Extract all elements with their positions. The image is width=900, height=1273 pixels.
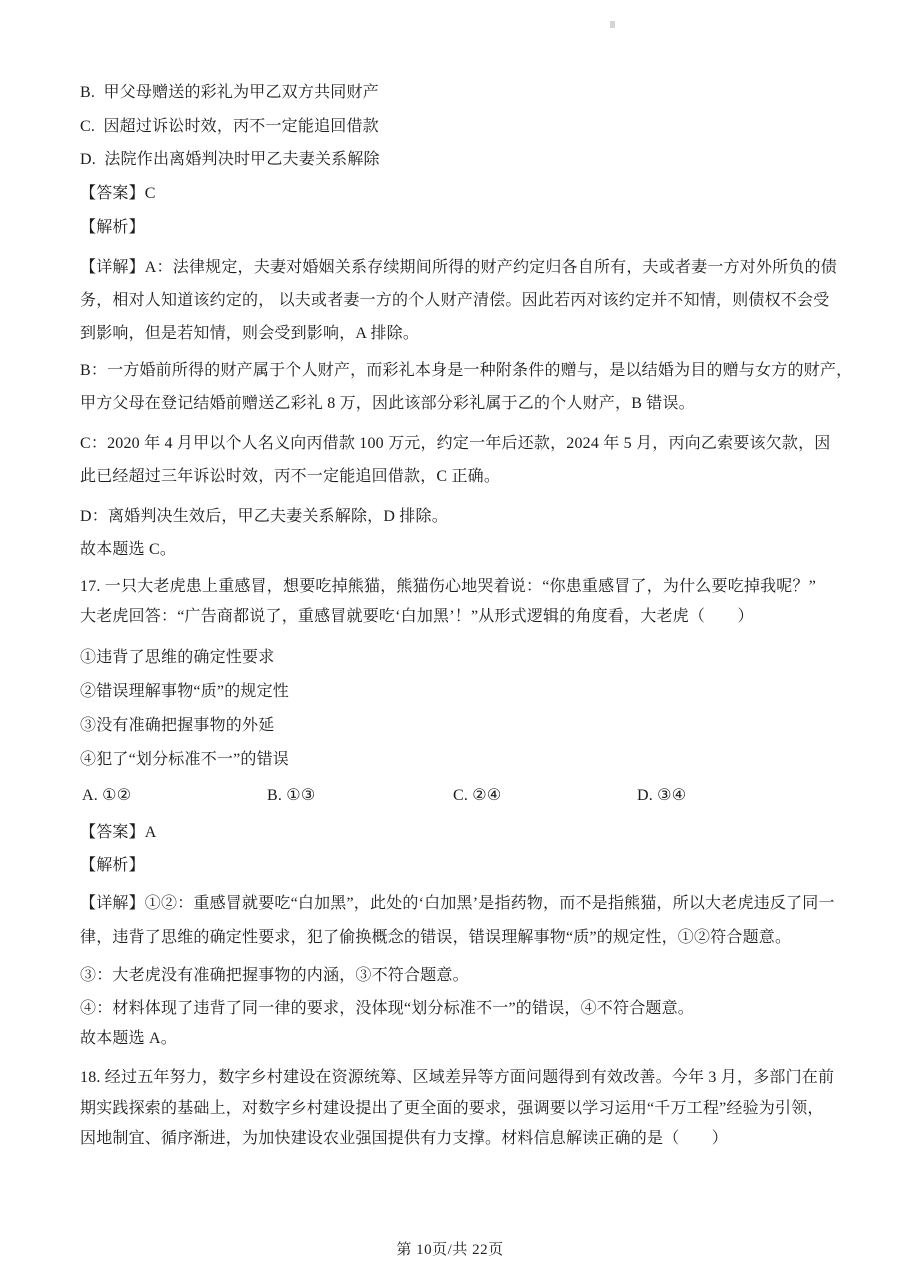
q17-choice-c: C. ②④ [453, 786, 501, 806]
q17-detail-line: ③：大老虎没有准确把握事物的内涵，③不符合题意。 [80, 966, 469, 986]
q16-conclusion: 故本题选 C。 [80, 540, 176, 560]
q16-detail-line: D：离婚判决生效后，甲乙夫妻关系解除，D 排除。 [80, 507, 448, 527]
q17-item-4: ④犯了“划分标准不一”的错误 [80, 750, 289, 770]
q17-detail-line: 律，违背了思维的确定性要求，犯了偷换概念的错误，错误理解事物“质”的规定性，①②… [80, 928, 791, 948]
q16-detail-line: 此已经超过三年诉讼时效，丙不一定能追回借款，C 正确。 [80, 467, 500, 487]
q17-stem-line: 大老虎回答：“广告商都说了，重感冒就要吃‘白加黑’！”从形式逻辑的角度看，大老虎… [80, 607, 754, 627]
q18-stem-line: 18. 经过五年努力，数字乡村建设在资源统筹、区域差异等方面问题得到有效改善。今… [80, 1068, 834, 1088]
q16-answer-label: 【答案】C [80, 184, 156, 204]
q16-detail-line: B：一方婚前所得的财产属于个人财产，而彩礼本身是一种附条件的赠与，是以结婚为目的… [80, 361, 852, 381]
q17-detail-line: 【详解】①②：重感冒就要吃“白加黑”，此处的‘白加黑’是指药物，而不是指熊猫，所… [80, 894, 835, 914]
q16-option-d: D. 法院作出离婚判决时甲乙夫妻关系解除 [80, 150, 380, 170]
q17-choice-d: D. ③④ [637, 786, 686, 806]
scan-artifact-dot [610, 21, 615, 28]
q16-option-b: B. 甲父母赠送的彩礼为甲乙双方共同财产 [80, 83, 379, 103]
q17-item-2: ②错误理解事物“质”的规定性 [80, 682, 289, 702]
q16-detail-line: 到影响，但是若知情，则会受到影响，A 排除。 [80, 324, 419, 344]
q17-item-3: ③没有准确把握事物的外延 [80, 716, 274, 736]
q17-choice-b: B. ①③ [267, 786, 315, 806]
q17-detail-line: ④：材料体现了违背了同一律的要求，没体现“划分标准不一”的错误，④不符合题意。 [80, 999, 694, 1019]
q16-detail-line: 务，相对人知道该约定的， 以夫或者妻一方的个人财产清偿。因此若丙对该约定并不知情… [80, 291, 829, 311]
q17-item-1: ①违背了思维的确定性要求 [80, 648, 274, 668]
q17-choice-a: A. ①② [82, 786, 131, 806]
q16-analysis-label: 【解析】 [80, 218, 145, 238]
q16-detail-line: 甲方父母在登记结婚前赠送乙彩礼 8 万，因此该部分彩礼属于乙的个人财产，B 错误… [80, 394, 695, 414]
q17-stem-line: 17. 一只大老虎患上重感冒，想要吃掉熊猫，熊猫伤心地哭着说：“你患重感冒了，为… [80, 577, 816, 597]
q16-detail-line: 【详解】A：法律规定，夫妻对婚姻关系存续期间所得的财产约定归各自所有，夫或者妻一… [80, 258, 837, 278]
q17-answer-label: 【答案】A [80, 823, 157, 843]
document-page: B. 甲父母赠送的彩礼为甲乙双方共同财产 C. 因超过诉讼时效，丙不一定能追回借… [0, 0, 900, 1273]
q16-option-c: C. 因超过诉讼时效，丙不一定能追回借款 [80, 117, 379, 137]
page-number: 第 10页/共 22页 [0, 1238, 900, 1259]
q16-detail-line: C：2020 年 4 月甲以个人名义向丙借款 100 万元，约定一年后还款，20… [80, 434, 830, 454]
q17-analysis-label: 【解析】 [80, 856, 145, 876]
q18-stem-line: 因地制宜、循序渐进，为加快建设农业强国提供有力支撑。材料信息解读正确的是（ ） [80, 1129, 728, 1149]
q18-stem-line: 期实践探索的基础上，对数字乡村建设提出了更全面的要求，强调要以学习运用“千万工程… [80, 1099, 824, 1119]
q17-conclusion: 故本题选 A。 [80, 1029, 177, 1049]
